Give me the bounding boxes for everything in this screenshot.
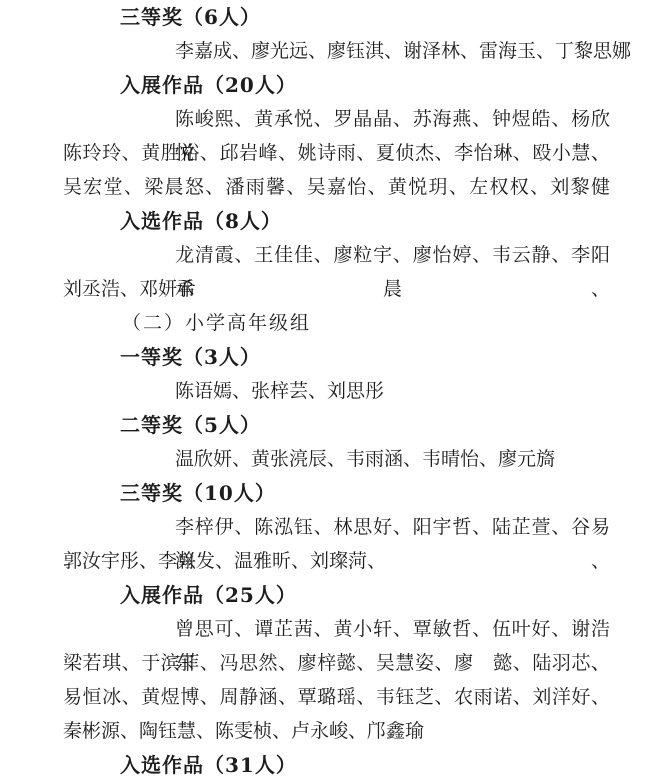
- winner-names-line: 秦彬源、陶钰慧、陈雯桢、卢永峻、邝鑫瑜: [0, 714, 669, 748]
- winner-names-line: 李梓伊、陈泓钰、林思好、阳宇哲、陆芷萱、谷易瀚、: [0, 510, 669, 544]
- winner-names-line: 陈语嫣、张梓芸、刘思彤: [0, 374, 669, 408]
- winner-names-line: 易恒冰、黄煜博、周静涵、覃璐瑶、韦钰芝、农雨诺、刘洋好、: [0, 680, 669, 714]
- award-heading: 三等奖（6人）: [0, 0, 669, 34]
- award-heading: 入展作品（25人）: [0, 578, 669, 612]
- award-heading: 一等奖（3人）: [0, 340, 669, 374]
- award-heading: 三等奖（10人）: [0, 476, 669, 510]
- award-heading: 二等奖（5人）: [0, 408, 669, 442]
- subsection-title: （二）小学高年级组: [0, 306, 669, 340]
- award-heading: 入选作品（8人）: [0, 204, 669, 238]
- winner-names-line: 梁若琪、于滨菲、冯思然、廖梓懿、吴慧姿、廖 懿、陆羽芯、: [0, 646, 669, 680]
- document-page: 三等奖（6人） 李嘉成、廖光远、廖钰淇、谢泽林、雷海玉、丁黎思娜 入展作品（20…: [0, 0, 669, 777]
- winner-names-line: 李嘉成、廖光远、廖钰淇、谢泽林、雷海玉、丁黎思娜: [0, 34, 669, 68]
- winner-names-line: 陈玲玲、黄胜裕、邱岩峰、姚诗雨、夏侦杰、李怡琳、殴小慧、: [0, 136, 669, 170]
- award-heading: 入展作品（20人）: [0, 68, 669, 102]
- winner-names-line: 龙清霞、王佳佳、廖粒宇、廖怡婷、韦云静、李阳承晨、: [0, 238, 669, 272]
- winner-names-line: 曾思可、谭芷茜、黄小轩、覃敏哲、伍叶好、谢浩东、: [0, 612, 669, 646]
- winner-names-line: 陈峻熙、黄承悦、罗晶晶、苏海燕、钟煜皓、杨欣悦、: [0, 102, 669, 136]
- winner-names-line: 温欣妍、黄张湸辰、韦雨涵、韦晴怡、廖元旖: [0, 442, 669, 476]
- winner-names-line: 吴宏堂、梁晨怒、潘雨馨、吴嘉怡、黄悦玥、左权权、刘黎健: [0, 170, 669, 204]
- award-heading: 入选作品（31人）: [0, 748, 669, 777]
